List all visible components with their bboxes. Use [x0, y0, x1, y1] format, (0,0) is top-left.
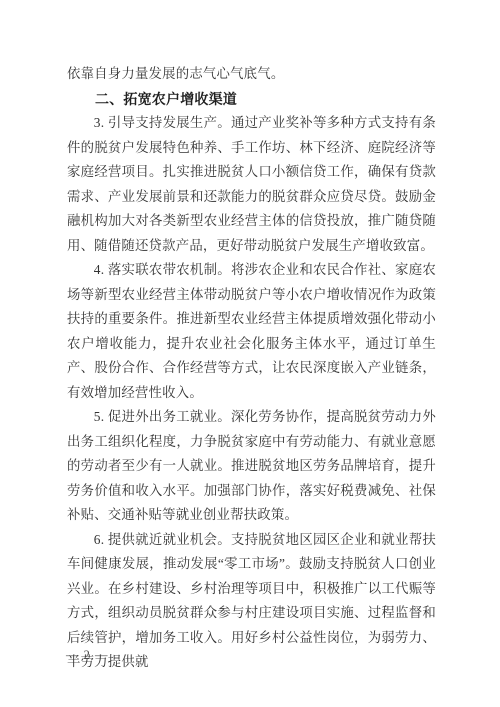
paragraph-item-3: 3. 引导支持发展生产。通过产业奖补等多种方式支持有条件的脱贫户发展特色种养、手… [67, 111, 436, 258]
paragraph-item-5: 5. 促进外出务工就业。深化劳务协作，提高脱贫劳动力外出务工组织化程度，力争脱贫… [67, 405, 436, 528]
section-heading: 二、拓宽农户增收渠道 [67, 87, 436, 112]
paragraph-item-4: 4. 落实联农带农机制。将涉农企业和农民合作社、家庭农场等新型农业经营主体带动脱… [67, 258, 436, 405]
paragraph-item-6: 6. 提供就近就业机会。支持脱贫地区园区企业和就业帮扶车间健康发展，推动发展“零… [67, 528, 436, 675]
paragraph-continuation: 依靠自身力量发展的志气心气底气。 [67, 62, 436, 87]
document-body: 依靠自身力量发展的志气心气底气。 二、拓宽农户增收渠道 3. 引导支持发展生产。… [67, 62, 436, 675]
page-number: — 2 — [66, 648, 109, 663]
document-page: 依靠自身力量发展的志气心气底气。 二、拓宽农户增收渠道 3. 引导支持发展生产。… [0, 0, 500, 707]
